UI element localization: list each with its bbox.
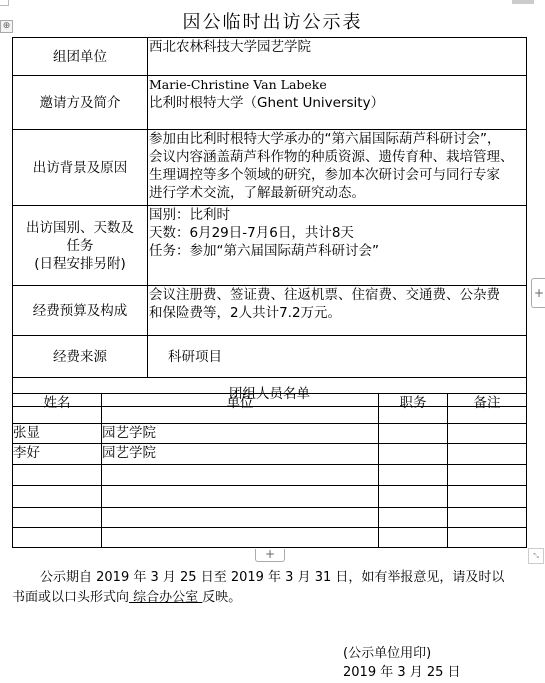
table-row: 李好 园艺学院: [13, 444, 527, 465]
info-table: 组团单位 西北农林科技大学园艺学院 邀请方及简介 Marie-Christine…: [12, 37, 527, 407]
member-unit[interactable]: [102, 486, 379, 508]
value-cell[interactable]: 科研项目: [148, 336, 527, 378]
table-move-handle-icon[interactable]: ⊕: [0, 20, 13, 33]
member-unit[interactable]: [102, 528, 379, 548]
inviter-name: Marie-Christine Van Labeke: [149, 76, 526, 94]
member-position[interactable]: [379, 424, 448, 444]
label-cell: 邀请方及简介: [13, 76, 148, 130]
notice-paragraph: 公示期自 2019 年 3 月 25 日至 2019 年 3 月 31 日，如有…: [12, 568, 532, 608]
header-name: 姓名: [13, 394, 102, 424]
table-row: 组团单位 西北农林科技大学园艺学院: [13, 38, 527, 76]
member-name[interactable]: 张显: [13, 424, 102, 444]
member-position[interactable]: [379, 486, 448, 508]
label-cell: 出访国别、天数及 任务 (日程安排另附): [13, 206, 148, 286]
value-cell[interactable]: 会议注册费、签证费、往返机票、住宿费、交通费、公杂费 和保险费等，2人共计7.2…: [148, 286, 527, 336]
member-remark[interactable]: [448, 424, 527, 444]
member-position[interactable]: [379, 465, 448, 486]
member-position[interactable]: [379, 528, 448, 548]
label-cell: 经费预算及构成: [13, 286, 148, 336]
notice-date: 2019 年 3 月 25 日: [343, 661, 461, 680]
header-position: 职务: [379, 394, 448, 424]
value-cell[interactable]: Marie-Christine Van Labeke 比利时根特大学（Ghent…: [148, 76, 527, 130]
members-table: 姓名 单位 职务 备注 张显 园艺学院 李好 园艺学院: [12, 393, 527, 548]
header-remark: 备注: [448, 394, 527, 424]
member-unit[interactable]: [102, 508, 379, 528]
member-remark[interactable]: [448, 444, 527, 465]
member-position[interactable]: [379, 508, 448, 528]
table-row: 经费预算及构成 会议注册费、签证费、往返机票、住宿费、交通费、公杂费 和保险费等…: [13, 286, 527, 336]
member-unit[interactable]: 园艺学院: [102, 424, 379, 444]
value-cell[interactable]: 参加由比利时根特大学承办的“第六届国际葫芦科研讨会”， 会议内容涵盖葫芦科作物的…: [148, 130, 527, 206]
member-name[interactable]: 李好: [13, 444, 102, 465]
table-row: [13, 508, 527, 528]
table-row: [13, 528, 527, 548]
inviter-institution: 比利时根特大学（Ghent University）: [149, 94, 526, 112]
member-remark[interactable]: [448, 528, 527, 548]
member-name[interactable]: [13, 528, 102, 548]
notice-line-1: 公示期自 2019 年 3 月 25 日至 2019 年 3 月 31 日，如有…: [12, 568, 532, 588]
member-position[interactable]: [379, 444, 448, 465]
add-row-button[interactable]: +: [255, 549, 285, 562]
member-name[interactable]: [13, 508, 102, 528]
add-column-button[interactable]: +: [531, 278, 545, 308]
member-name[interactable]: [13, 486, 102, 508]
notice-line-2: 书面或以口头形式向 综合办公室 反映。: [12, 588, 532, 608]
page-title: 因公临时出访公示表: [0, 8, 545, 34]
member-remark[interactable]: [448, 508, 527, 528]
table-row: 经费来源 科研项目: [13, 336, 527, 378]
member-remark[interactable]: [448, 486, 527, 508]
table-row: 出访国别、天数及 任务 (日程安排另附) 国别：比利时 天数：6月29日-7月6…: [13, 206, 527, 286]
table-row: 张显 园艺学院: [13, 424, 527, 444]
member-unit[interactable]: [102, 465, 379, 486]
value-cell[interactable]: 西北农林科技大学园艺学院: [148, 38, 527, 76]
label-cell: 出访背景及原因: [13, 130, 148, 206]
table-row: 出访背景及原因 参加由比利时根特大学承办的“第六届国际葫芦科研讨会”， 会议内容…: [13, 130, 527, 206]
member-unit[interactable]: 园艺学院: [102, 444, 379, 465]
window-edge: [512, 0, 534, 4]
seal-note: (公示单位用印): [343, 642, 431, 661]
header-unit: 单位: [102, 394, 379, 424]
table-resize-handle-icon[interactable]: ⤡: [528, 548, 544, 564]
member-remark[interactable]: [448, 465, 527, 486]
table-row: [13, 465, 527, 486]
member-name[interactable]: [13, 465, 102, 486]
office-name: 综合办公室: [129, 590, 202, 605]
table-row: 邀请方及简介 Marie-Christine Van Labeke 比利时根特大…: [13, 76, 527, 130]
label-cell: 组团单位: [13, 38, 148, 76]
value-cell[interactable]: 国别：比利时 天数：6月29日-7月6日，共计8天 任务：参加“第六届国际葫芦科…: [148, 206, 527, 286]
table-header-row: 姓名 单位 职务 备注: [13, 394, 527, 424]
table-row: [13, 486, 527, 508]
window-edge: [0, 0, 9, 6]
label-cell: 经费来源: [13, 336, 148, 378]
